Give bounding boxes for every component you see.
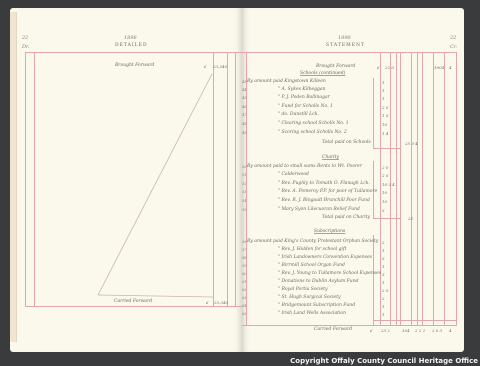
right-page-title: STATEMENT — [326, 43, 365, 48]
list-item: " Bridgemount Subscription Fund — [278, 303, 355, 308]
ledger-book: 22 Dr. 1898 DETAILED Brought Forward £ 2… — [10, 8, 472, 352]
column-rule-i — [444, 52, 445, 326]
right-year: 1898 — [338, 35, 351, 41]
list-item: " A. Sykes Kilbeggan — [278, 87, 326, 92]
list-item: " Clearing school Scholls No. 1 — [278, 121, 349, 126]
column-rule-h — [433, 52, 434, 326]
list-item: " Rev. Pughly to Tomath O. Flanagh Lck. — [278, 181, 370, 186]
right-page: 1898 STATEMENT 22 Cr. Brought Forward £ … — [242, 8, 464, 352]
subtotal-rule — [373, 78, 374, 148]
section-total-amount: 25 — [408, 216, 413, 221]
brought-forward-total: 1904 — [434, 65, 444, 70]
right-folio-side: Cr. — [450, 44, 457, 50]
list-item: " Birrmill School Organ Fund — [278, 263, 345, 268]
list-item: " Scoring school Scholls No. 2 — [278, 130, 347, 135]
list-item: " Calderwood — [278, 172, 309, 177]
list-item: " Rev. A. Pomeroy P.P. for poor of Tulla… — [278, 189, 377, 194]
list-item: " St. Hugh Surgical Society — [278, 295, 341, 300]
brought-forward-currency: £ — [377, 65, 380, 70]
list-item: " Donations to Dublin Asylum Fund — [278, 279, 358, 284]
list-item: " Irish Land Wells Association — [278, 311, 346, 316]
copyright-watermark: Copyright Offaly County Council Heritage… — [290, 357, 478, 365]
brought-forward-label: Brought Forward — [316, 64, 355, 69]
brought-forward-ref: 4 — [449, 65, 452, 70]
column-rule-d — [400, 52, 401, 326]
list-item: " do. Dunstill Lck. — [278, 112, 319, 117]
list-item: " P. J. Poden Ballinagar — [278, 95, 330, 100]
line-number-rule — [246, 52, 247, 326]
frame-top-rule — [242, 52, 456, 53]
column-rule-g — [422, 52, 423, 326]
column-rule-c — [396, 52, 397, 326]
subtotal-underline — [373, 148, 400, 149]
right-folio-number: 22 — [450, 35, 456, 41]
left-page: 22 Dr. 1898 DETAILED Brought Forward £ 2… — [10, 8, 242, 352]
list-item: " Mary Syon Lilecuoran Relief Fund — [278, 207, 360, 212]
carried-forward-amount: 23,340 — [214, 300, 228, 305]
list-item: " Rev. J. Young to Tullamore School Expe… — [278, 271, 381, 276]
carried-forward-rule — [373, 320, 456, 321]
section-heading-schools: Schools (continued) — [300, 71, 345, 76]
carried-forward-amount: 23 2 — [381, 328, 390, 333]
frame-bottom-rule — [242, 325, 456, 326]
list-item: " Royal Portia Society — [278, 287, 328, 292]
list-item: " Fund for Scholls No. 1 — [278, 104, 333, 109]
section-total-amount: 25 3 4 — [405, 141, 418, 146]
carried-forward-currency: £ — [206, 300, 209, 305]
subtotal-rule — [373, 235, 374, 325]
subtotal-underline — [373, 218, 400, 219]
column-rule-a — [380, 52, 381, 326]
carried-forward-currency: £ — [370, 328, 373, 333]
section-heading-charity: Charity — [322, 155, 339, 160]
column-rule-j — [456, 52, 457, 326]
carried-forward-ref: 4 — [449, 328, 452, 333]
list-item: " Rev. R. J. Bingault Brunchill Poor Fun… — [278, 198, 370, 203]
section-heading-subscriptions: Subscriptions — [314, 229, 345, 234]
list-item: By amount paid to small sums Rents to Wt… — [247, 164, 362, 169]
list-item: By amount paid King's County Protestant … — [247, 239, 378, 244]
column-rule-f — [417, 52, 418, 326]
section-total-label: Total paid on Schools — [322, 140, 371, 145]
column-rule-b — [390, 52, 391, 326]
column-rule-e — [411, 52, 412, 326]
list-item: By amount paid Kingstown Killeen — [247, 79, 326, 84]
carried-forward-label: Carried Forward — [314, 327, 352, 332]
list-item: " Rev. J. Holden for school gift — [278, 247, 346, 252]
carried-forward-label: Carried Forward — [114, 299, 152, 304]
section-total-label: Total paid on Charity — [322, 215, 370, 220]
list-item: " Irish Landowners Convention Expenses — [278, 255, 372, 260]
brought-forward-amount: 22 0 — [385, 65, 394, 70]
